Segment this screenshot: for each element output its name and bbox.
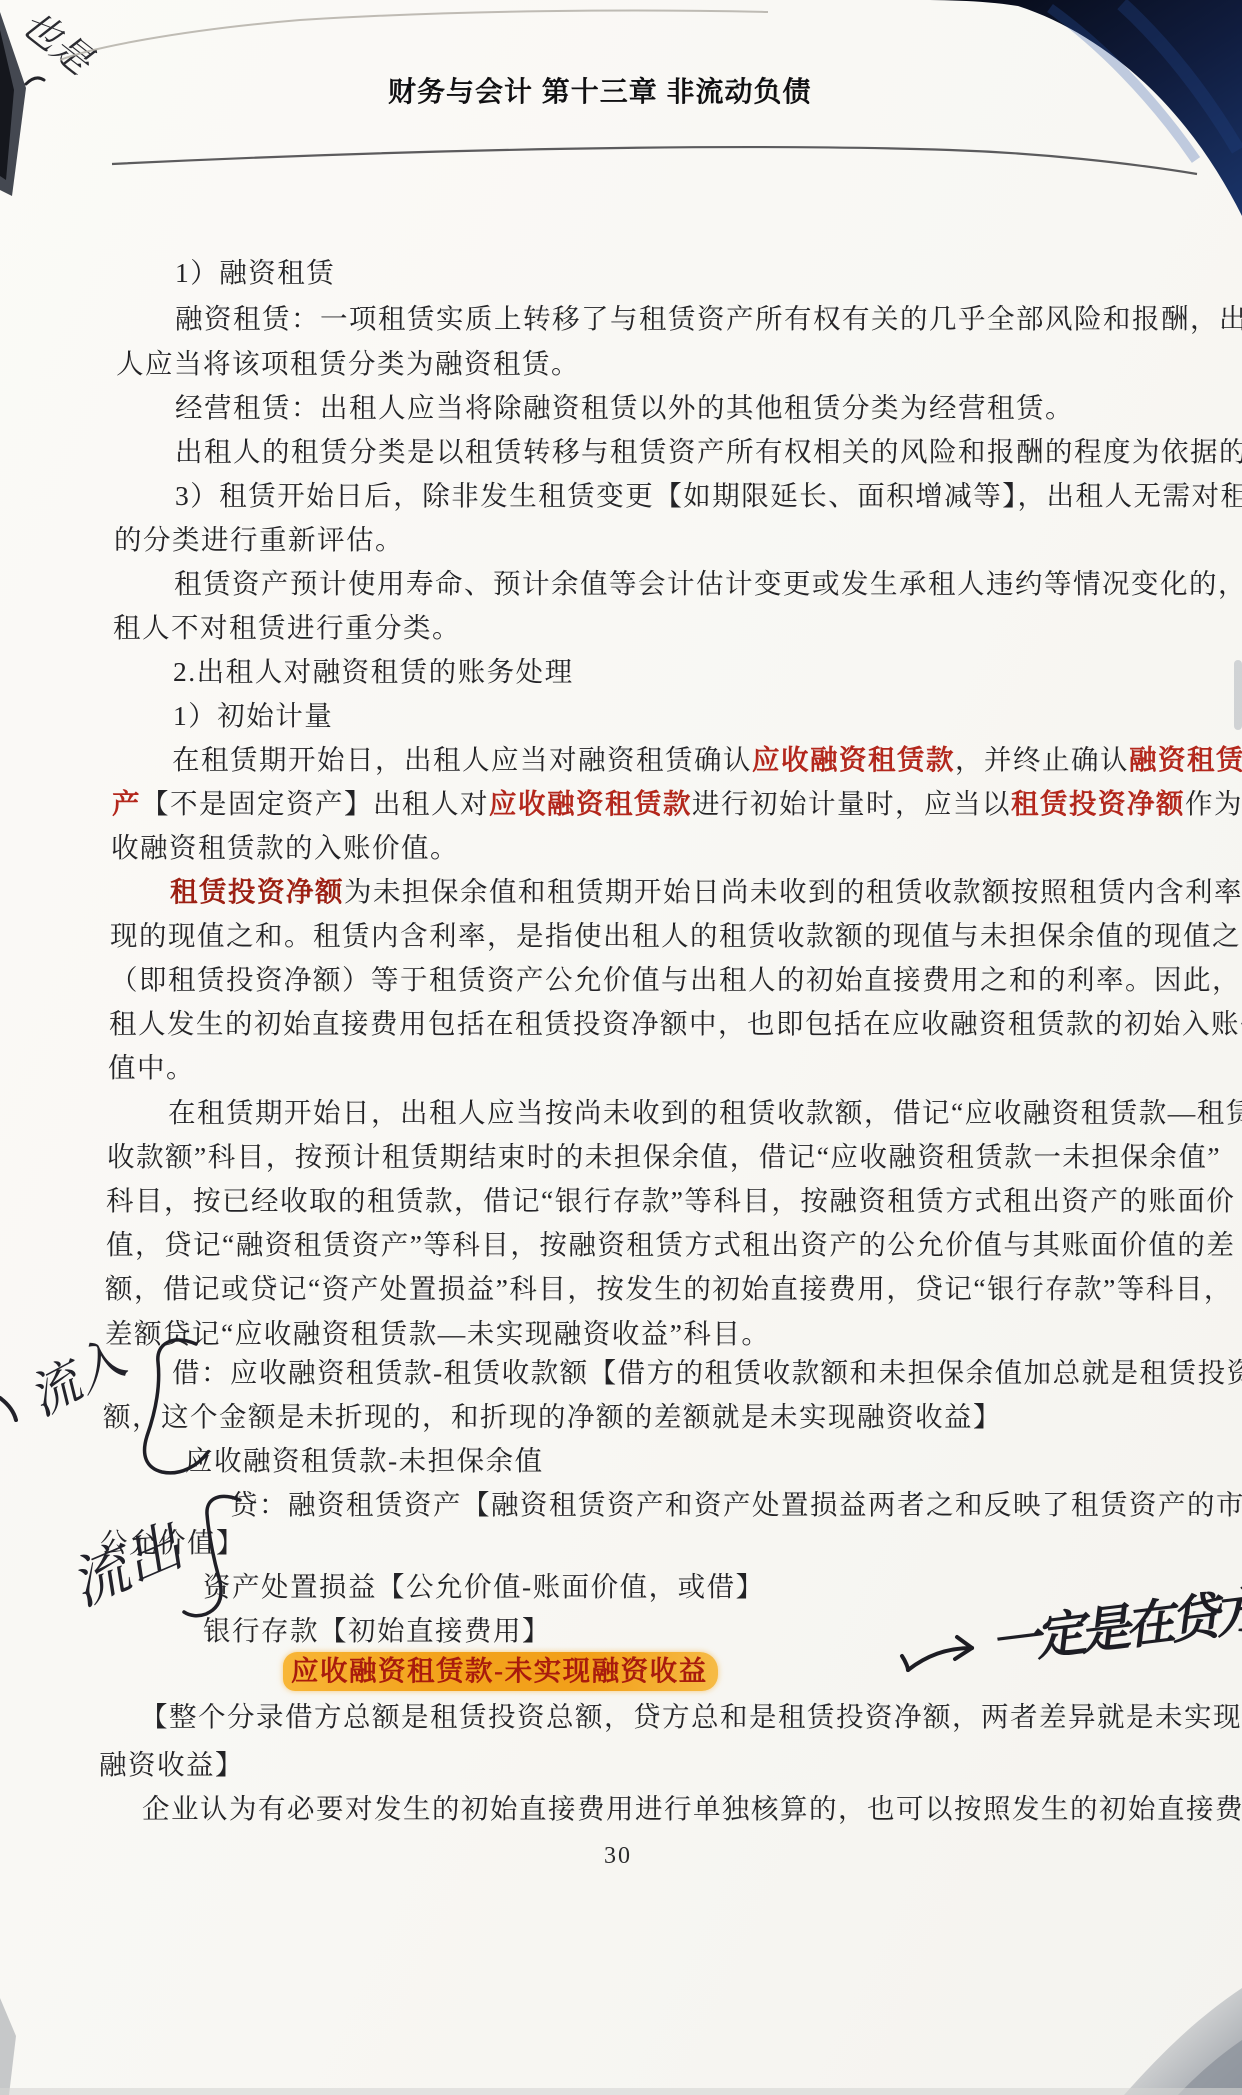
- line-segment: 借：应收融资租赁款-租赁收款额【借方的租赁收款额和未担保余值加总就是租赁投资总: [172, 1357, 1242, 1388]
- line-segment: 现的现值之和。租赁内含利率，是指使出租人的租赁收款额的现值与未担保余值的现值之和: [110, 920, 1242, 951]
- margin-note-cut-stroke: [0, 1398, 16, 1420]
- line-segment: 应收融资租赁款: [489, 788, 692, 819]
- page-curl-dark-corner: [900, 0, 1242, 216]
- document-line: （即租赁投资净额）等于租赁资产公允价值与出租人的初始直接费用之和的利率。因此，出: [110, 957, 1242, 997]
- line-segment: 租人发生的初始直接费用包括在租赁投资净额中，也即包括在应收融资租赁款的初始入账价: [109, 1008, 1242, 1039]
- document-line: 租人不对租赁进行重分类。: [113, 605, 461, 645]
- document-line: 1）初始计量: [173, 693, 333, 733]
- line-segment: 值中。: [108, 1052, 195, 1083]
- document-line: 2.出租人对融资租赁的账务处理: [173, 649, 574, 689]
- page-edge-hairline: [60, 11, 768, 60]
- line-segment: 企业认为有必要对发生的初始直接费用进行单独核算的，也可以按照发生的初始直接费: [142, 1793, 1242, 1824]
- document-line: 【整个分录借方总额是租赁投资总额，贷方总和是租赁投资净额，两者差异就是未实现: [140, 1694, 1242, 1734]
- document-line: 科目，按已经收取的租赁款，借记“银行存款”等科目，按融资租赁方式租出资产的账面价: [106, 1178, 1235, 1218]
- line-segment: 融资收益】: [99, 1749, 244, 1780]
- document-line: 人应当将该项租赁分类为融资租赁。: [116, 341, 580, 381]
- bottom-right-shadow: [1124, 1988, 1242, 2095]
- line-segment: 1）融资租赁: [175, 257, 335, 288]
- line-segment: 应收融资租赁款: [752, 744, 955, 775]
- line-segment: （即租赁投资净额）等于租赁资产公允价值与出租人的初始直接费用之和的利率。因此，出: [110, 964, 1242, 995]
- line-segment: 【整个分录借方总额是租赁投资总额，贷方总和是租赁投资净额，两者差异就是未实现: [140, 1701, 1242, 1732]
- line-segment: 【不是固定资产】出租人对: [141, 788, 489, 819]
- small-pen-mark: [26, 78, 44, 84]
- bottom-left-shadow: [0, 1998, 16, 2095]
- document-line: 应收融资租赁款-未实现融资收益: [283, 1648, 718, 1688]
- document-line: 租赁资产预计使用寿命、预计余值等会计估计变更或发生承租人违约等情况变化的，出: [174, 561, 1242, 601]
- document-line: 融资收益】: [99, 1742, 244, 1782]
- line-segment: 银行存款【初始直接费用】: [203, 1615, 551, 1646]
- document-line: 出租人的租赁分类是以租赁转移与租赁资产所有权相关的风险和报酬的程度为依据的。: [175, 429, 1242, 469]
- document-line: 银行存款【初始直接费用】: [203, 1608, 551, 1648]
- line-segment: 进行初始计量时，应当以: [692, 788, 1011, 819]
- line-segment: 融资租赁：一项租赁实质上转移了与租赁资产所有权有关的几乎全部风险和报酬，出租: [175, 303, 1242, 334]
- document-line: 在租赁期开始日，出租人应当对融资租赁确认应收融资租赁款，并终止确认融资租赁资: [172, 737, 1242, 777]
- document-line: 收融资租赁款的入账价值。: [111, 825, 459, 865]
- page-title: 财务与会计 第十三章 非流动负债: [388, 70, 812, 110]
- document-line: 在租赁期开始日，出租人应当按尚未收到的租赁收款额，借记“应收融资租赁款—租赁: [168, 1090, 1242, 1130]
- document-line: 值中。: [108, 1045, 195, 1085]
- document-line: 经营租赁：出租人应当将除融资租赁以外的其他租赁分类为经营租赁。: [175, 385, 1074, 425]
- line-segment: 收融资租赁款的入账价值。: [111, 832, 459, 863]
- line-segment: 贷：融资租赁资产【融资租赁资产和资产处置损益两者之和反映了租赁资产的市场: [230, 1489, 1242, 1520]
- line-segment: 1）初始计量: [173, 700, 333, 731]
- document-line: 现的现值之和。租赁内含利率，是指使出租人的租赁收款额的现值与未担保余值的现值之和: [110, 913, 1242, 953]
- handwritten-note-top-left: 也是: [12, 0, 106, 84]
- document-line: 3）租赁开始日后，除非发生租赁变更【如期限延长、面积增减等】，出租人无需对租赁: [175, 473, 1242, 513]
- header-rule: [112, 147, 1197, 174]
- document-line: 差额贷记“应收融资租赁款—未实现融资收益”科目。: [105, 1311, 770, 1351]
- line-segment: 出租人的租赁分类是以租赁转移与租赁资产所有权相关的风险和报酬的程度为依据的。: [175, 436, 1242, 467]
- scanned-page: 财务与会计 第十三章 非流动负债 1）融资租赁融资租赁：一项租赁实质上转移了与租…: [0, 0, 1242, 2095]
- document-line: 额，这个金额是未折现的，和折现的净额的差额就是未实现融资收益】: [103, 1394, 1002, 1434]
- line-segment: 在租赁期开始日，出租人应当对融资租赁确认: [172, 744, 752, 775]
- line-segment: 科目，按已经收取的租赁款，借记“银行存款”等科目，按融资租赁方式租出资产的账面价: [106, 1185, 1235, 1216]
- line-segment: 收款额”科目，按预计租赁期结束时的未担保余值，借记“应收融资租赁款一未担保余值”: [107, 1141, 1221, 1172]
- document-line: 融资租赁：一项租赁实质上转移了与租赁资产所有权有关的几乎全部风险和报酬，出租: [175, 296, 1242, 336]
- line-segment: 人应当将该项租赁分类为融资租赁。: [116, 348, 580, 379]
- line-segment: 3）租赁开始日后，除非发生租赁变更【如期限延长、面积增减等】，出租人无需对租赁: [175, 480, 1242, 511]
- document-line: 企业认为有必要对发生的初始直接费用进行单独核算的，也可以按照发生的初始直接费: [142, 1786, 1242, 1826]
- line-segment: 产: [112, 788, 141, 819]
- bottom-edge-strip: [0, 2088, 1242, 2095]
- document-line: 的分类进行重新评估。: [114, 517, 404, 557]
- document-line: 值，贷记“融资租赁资产”等科目，按融资租赁方式租出资产的公允价值与其账面价值的差: [106, 1222, 1235, 1262]
- line-segment: 额，借记或贷记“资产处置损益”科目，按发生的初始直接费用，贷记“银行存款”等科目…: [105, 1273, 1233, 1304]
- line-segment: 资产处置损益【公允价值-账面价值，或借】: [203, 1571, 765, 1602]
- document-line: 租人发生的初始直接费用包括在租赁投资净额中，也即包括在应收融资租赁款的初始入账价: [109, 1001, 1242, 1041]
- document-line: 额，借记或贷记“资产处置损益”科目，按发生的初始直接费用，贷记“银行存款”等科目…: [105, 1266, 1233, 1306]
- line-segment: 在租赁期开始日，出租人应当按尚未收到的租赁收款额，借记“应收融资租赁款—租赁: [168, 1097, 1242, 1128]
- document-line: 贷：融资租赁资产【融资租赁资产和资产处置损益两者之和反映了租赁资产的市场: [230, 1482, 1242, 1522]
- right-edge-smudge: [1234, 660, 1242, 730]
- line-segment: 租赁投资净额: [170, 876, 344, 907]
- line-segment: 差额贷记“应收融资租赁款—未实现融资收益”科目。: [105, 1318, 770, 1349]
- document-line: 资产处置损益【公允价值-账面价值，或借】: [203, 1564, 765, 1604]
- line-segment: 作为应: [1185, 788, 1242, 819]
- line-segment: 融资租赁资: [1129, 744, 1242, 775]
- line-segment: 经营租赁：出租人应当将除融资租赁以外的其他租赁分类为经营租赁。: [175, 392, 1074, 423]
- document-line: 产【不是固定资产】出租人对应收融资租赁款进行初始计量时，应当以租赁投资净额作为应: [112, 781, 1242, 821]
- line-segment: 额，这个金额是未折现的，和折现的净额的差额就是未实现融资收益】: [103, 1401, 1002, 1432]
- line-segment: 值，贷记“融资租赁资产”等科目，按融资租赁方式租出资产的公允价值与其账面价值的差: [106, 1229, 1235, 1260]
- line-segment: ，并终止确认: [955, 744, 1129, 775]
- document-line: 1）融资租赁: [175, 250, 335, 290]
- handwritten-note-credit-side: 一定是在贷方: [986, 1571, 1242, 1675]
- credit-arrow-icon: [902, 1637, 972, 1670]
- line-segment: 的分类进行重新评估。: [114, 524, 404, 555]
- line-segment: 为未担保余值和租赁期开始日尚未收到的租赁收款额按照租赁内含利率折: [344, 876, 1242, 907]
- line-segment: 租赁资产预计使用寿命、预计余值等会计估计变更或发生承租人违约等情况变化的，出: [174, 568, 1242, 599]
- document-line: 借：应收融资租赁款-租赁收款额【借方的租赁收款额和未担保余值加总就是租赁投资总: [172, 1350, 1242, 1390]
- highlighted-text: 应收融资租赁款-未实现融资收益: [283, 1652, 718, 1691]
- line-segment: 租赁投资净额: [1011, 788, 1185, 819]
- document-line: 收款额”科目，按预计租赁期结束时的未担保余值，借记“应收融资租赁款一未担保余值”: [107, 1134, 1221, 1174]
- line-segment: 应收融资租赁款-未担保余值: [185, 1445, 544, 1476]
- document-line: 租赁投资净额为未担保余值和租赁期开始日尚未收到的租赁收款额按照租赁内含利率折: [170, 869, 1242, 909]
- document-line: 应收融资租赁款-未担保余值: [185, 1438, 544, 1478]
- line-segment: 2.出租人对融资租赁的账务处理: [173, 656, 574, 687]
- page-number: 30: [604, 1843, 632, 1870]
- line-segment: 租人不对租赁进行重分类。: [113, 612, 461, 643]
